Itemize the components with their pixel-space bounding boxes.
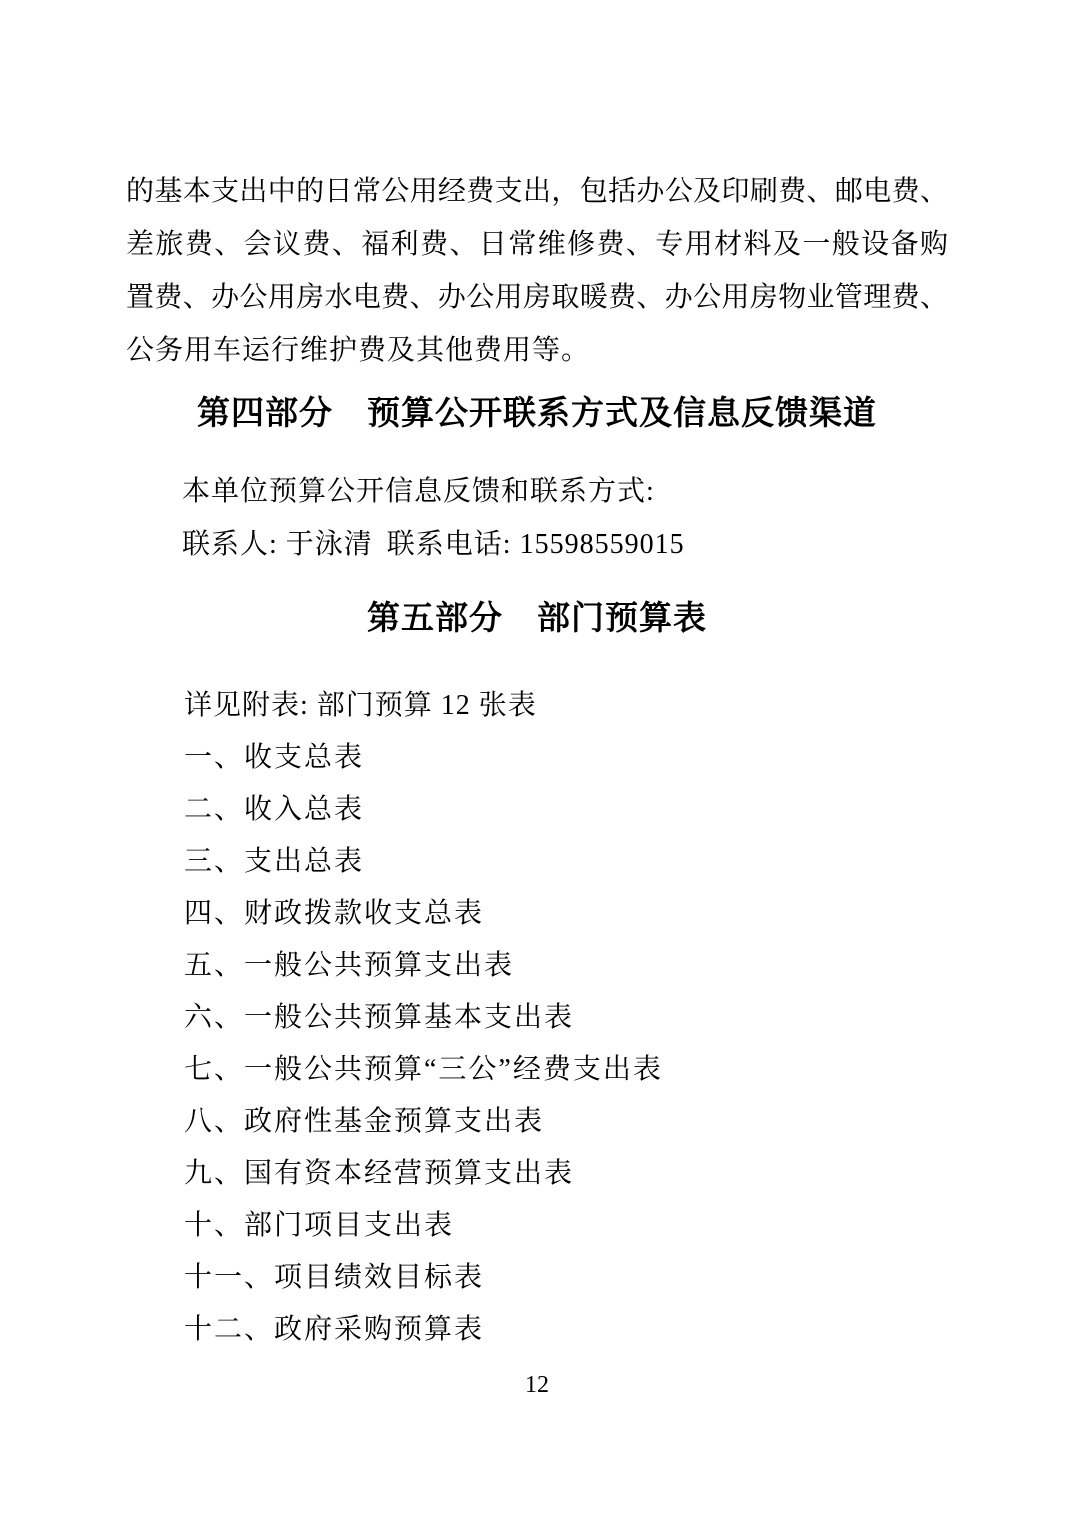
- document-page: 的基本支出中的日常公用经费支出，包括办公及印刷费、邮电费、 差旅费、会议费、福利…: [0, 0, 1074, 1520]
- paragraph-line: 公务用车运行维护费及其他费用等。: [126, 324, 948, 377]
- table-list-item: 四、财政拨款收支总表: [126, 888, 948, 940]
- table-list-item: 八、政府性基金预算支出表: [126, 1096, 948, 1148]
- table-list-item: 十二、政府采购预算表: [126, 1304, 948, 1356]
- tables-intro-line: 详见附表: 部门预算 12 张表: [126, 680, 948, 732]
- table-list-item: 九、国有资本经营预算支出表: [126, 1148, 948, 1200]
- table-list-item: 六、一般公共预算基本支出表: [126, 992, 948, 1044]
- table-list-item: 三、支出总表: [126, 836, 948, 888]
- table-list-item: 一、收支总表: [126, 732, 948, 784]
- section5-heading: 第五部分 部门预算表: [126, 598, 948, 640]
- table-list-item: 七、一般公共预算“三公”经费支出表: [126, 1044, 948, 1096]
- paragraph-line: 的基本支出中的日常公用经费支出，包括办公及印刷费、邮电费、: [126, 165, 948, 218]
- contact-phone-label: 联系电话:: [387, 529, 512, 560]
- contact-person-name: 于泳清: [286, 529, 373, 560]
- table-list-item: 十一、项目绩效目标表: [126, 1252, 948, 1304]
- table-list-item: 十、部门项目支出表: [126, 1200, 948, 1252]
- budget-tables-list: 详见附表: 部门预算 12 张表 一、收支总表 二、收入总表 三、支出总表 四、…: [126, 680, 948, 1356]
- paragraph-line: 差旅费、会议费、福利费、日常维修费、专用材料及一般设备购: [126, 218, 948, 271]
- paragraph-line: 置费、办公用房水电费、办公用房取暖费、办公用房物业管理费、: [126, 271, 948, 324]
- contact-intro-line: 本单位预算公开信息反馈和联系方式:: [126, 465, 948, 518]
- contact-block: 本单位预算公开信息反馈和联系方式: 联系人: 于泳清联系电话: 15598559…: [126, 465, 948, 571]
- contact-phone-number: 15598559015: [520, 529, 685, 560]
- section4-heading: 第四部分 预算公开联系方式及信息反馈渠道: [126, 393, 948, 435]
- page-number: 12: [0, 1370, 1074, 1400]
- table-list-item: 二、收入总表: [126, 784, 948, 836]
- contact-detail-line: 联系人: 于泳清联系电话: 15598559015: [126, 518, 948, 571]
- body-paragraph: 的基本支出中的日常公用经费支出，包括办公及印刷费、邮电费、 差旅费、会议费、福利…: [126, 165, 948, 377]
- table-list-item: 五、一般公共预算支出表: [126, 940, 948, 992]
- contact-person-label: 联系人:: [182, 529, 278, 560]
